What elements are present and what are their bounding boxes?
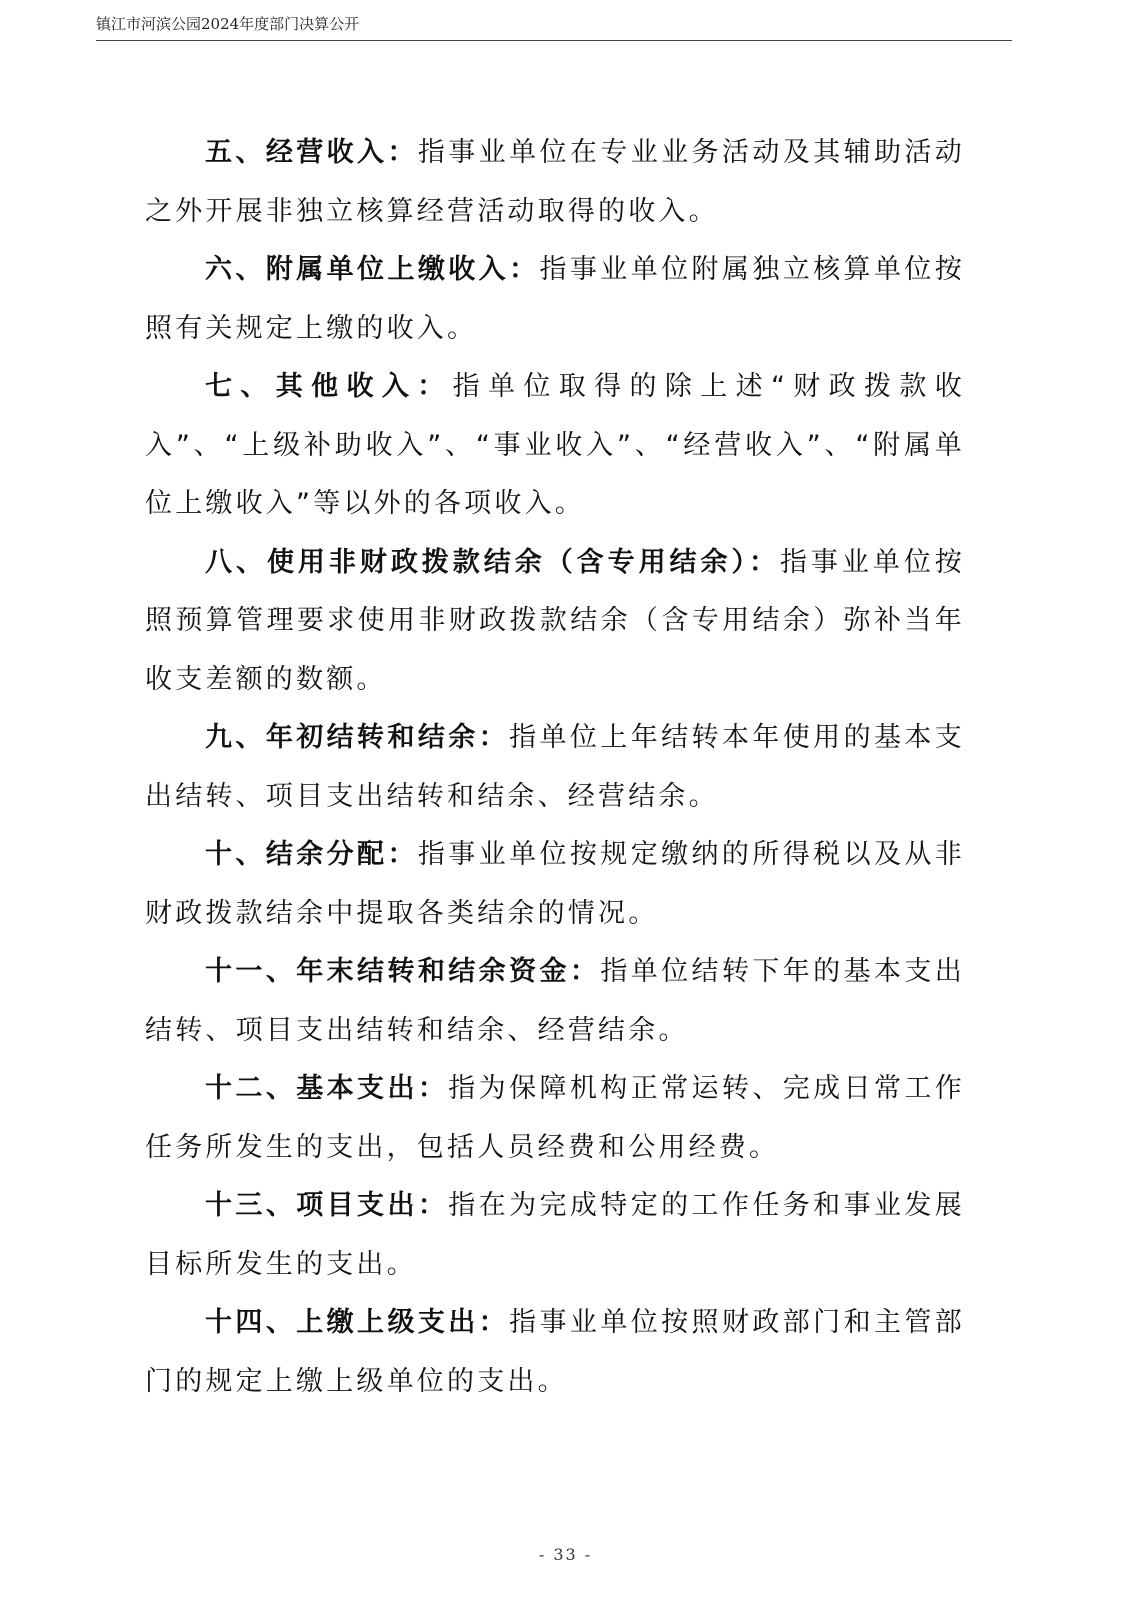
definition-paragraph: 十二、基本支出：指为保障机构正常运转、完成日常工作任务所发生的支出，包括人员经费… xyxy=(145,1060,965,1177)
running-header: 镇江市河滨公园2024年度部门决算公开 xyxy=(96,12,1012,41)
definition-term: 十四、上缴上级支出： xyxy=(205,1307,509,1338)
document-title: 镇江市河滨公园2024年度部门决算公开 xyxy=(96,15,359,33)
page-number: - 33 - xyxy=(0,1545,1131,1564)
definition-paragraph: 十、结余分配：指事业单位按规定缴纳的所得税以及从非财政拨款结余中提取各类结余的情… xyxy=(145,826,965,943)
definition-term: 八、使用非财政拨款结余（含专用结余）： xyxy=(205,547,780,578)
definition-paragraph: 十四、上缴上级支出：指事业单位按照财政部门和主管部门的规定上缴上级单位的支出。 xyxy=(145,1294,965,1411)
definition-term: 十二、基本支出： xyxy=(205,1073,448,1104)
definition-term: 七、其他收入： xyxy=(205,371,453,402)
definition-term: 六、附属单位上缴收入： xyxy=(205,254,539,285)
definition-term: 九、年初结转和结余： xyxy=(205,722,509,753)
definition-paragraph: 十一、年末结转和结余资金：指单位结转下年的基本支出结转、项目支出结转和结余、经营… xyxy=(145,943,965,1060)
definition-paragraph: 八、使用非财政拨款结余（含专用结余）：指事业单位按照预算管理要求使用非财政拨款结… xyxy=(145,534,965,710)
definition-paragraph: 五、经营收入：指事业单位在专业业务活动及其辅助活动之外开展非独立核算经营活动取得… xyxy=(145,124,965,241)
document-body: 五、经营收入：指事业单位在专业业务活动及其辅助活动之外开展非独立核算经营活动取得… xyxy=(145,124,965,1411)
definition-term: 十一、年末结转和结余资金： xyxy=(205,956,600,987)
definition-term: 十三、项目支出： xyxy=(205,1190,448,1221)
definition-paragraph: 九、年初结转和结余：指单位上年结转本年使用的基本支出结转、项目支出结转和结余、经… xyxy=(145,709,965,826)
definition-paragraph: 六、附属单位上缴收入：指事业单位附属独立核算单位按照有关规定上缴的收入。 xyxy=(145,241,965,358)
definition-term: 十、结余分配： xyxy=(205,839,418,870)
definition-term: 五、经营收入： xyxy=(205,137,418,168)
definition-paragraph: 十三、项目支出：指在为完成特定的工作任务和事业发展目标所发生的支出。 xyxy=(145,1177,965,1294)
definition-paragraph: 七、其他收入：指单位取得的除上述“财政拨款收入”、“上级补助收入”、“事业收入”… xyxy=(145,358,965,534)
